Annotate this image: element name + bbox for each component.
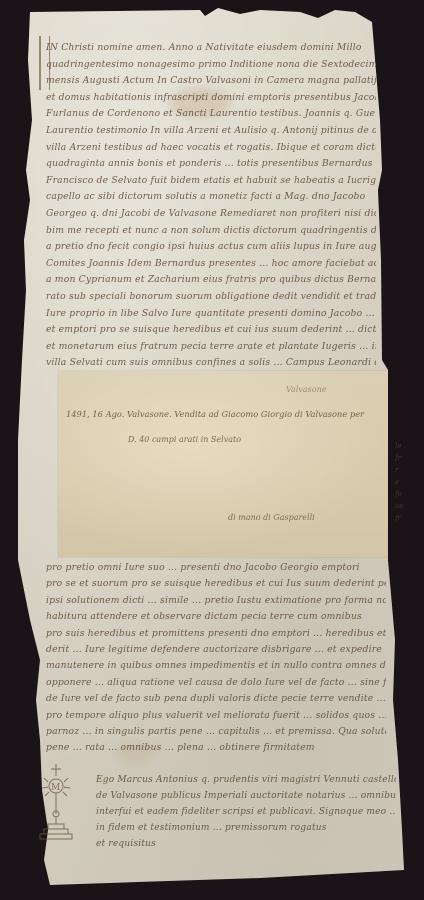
text-line: Georgeo q. dni Jacobi de Valvasone Remed… bbox=[46, 206, 376, 223]
text-line: interfui et eadem fideliter scripsi et p… bbox=[96, 804, 396, 820]
text-line: de Valvasone publicus Imperiali auctorit… bbox=[96, 788, 396, 804]
text-line: pro se et suorum pro se suisque heredibu… bbox=[46, 576, 386, 592]
text-line: Francisco de Selvato fuit bidem etatis e… bbox=[46, 173, 376, 190]
text-line: quadraginta annis bonis et ponderis ... … bbox=[46, 156, 376, 173]
text-line: ipsi solutionem dicti ... simile ... pre… bbox=[46, 593, 386, 609]
note-line-2: D. 40 campi arati in Selvato bbox=[128, 435, 241, 444]
text-line: villa Arzeni testibus ad haec vocatis et… bbox=[46, 140, 376, 157]
text-line: derit ... Iure legitime defendere auctor… bbox=[46, 642, 386, 658]
text-line: parnoz ... in singulis partis pene ... c… bbox=[46, 724, 386, 740]
text-line: manutenere in quibus omnes impedimentis … bbox=[46, 658, 386, 674]
text-line: a mon Cyprianum et Zacharium eius fratri… bbox=[46, 272, 376, 289]
text-line: pene ... rata ... omnibus ... plena ... … bbox=[46, 740, 386, 756]
text-line: de Iure vel de facto sub pena dupli valo… bbox=[46, 691, 386, 707]
text-line: et domus habitationis infrascripti domin… bbox=[46, 90, 376, 107]
text-line: bim me recepti et nunc a non solum dicti… bbox=[46, 223, 376, 240]
note-signature: di mano di Gasparelli bbox=[228, 513, 315, 522]
text-line: capello ac sibi dictorum solutis a monet… bbox=[46, 189, 376, 206]
notarial-signum-icon: M bbox=[36, 762, 76, 842]
text-line: a pretio dno fecit congio ipsi huius act… bbox=[46, 239, 376, 256]
document-photograph: IN Christi nomine amen. Anno a Nativitat… bbox=[0, 0, 424, 900]
text-line: habitura attendere et observare dictam p… bbox=[46, 609, 386, 625]
text-line: Comites Joannis Idem Bernardus presentes… bbox=[46, 256, 376, 273]
text-line: in fidem et testimonium ... premissorum … bbox=[96, 820, 396, 836]
note-line-1: 1491, 16 Ago. Valvasone. Vendita ad Giac… bbox=[66, 409, 364, 419]
text-line: pro pretio omni Iure suo ... presenti dn… bbox=[46, 560, 386, 576]
text-line: mensis Augusti Actum In Castro Valvasoni… bbox=[46, 73, 376, 90]
notarial-subscription: Ego Marcus Antonius q. prudentis viri ma… bbox=[96, 772, 396, 862]
text-line: et requisitus bbox=[96, 836, 396, 852]
continuation-text: pro pretio omni Iure suo ... presenti dn… bbox=[46, 560, 386, 760]
text-line: villa Selvati cum suis omnibus confines … bbox=[46, 355, 376, 372]
text-line: Ego Marcus Antonius q. prudentis viri ma… bbox=[96, 772, 396, 788]
text-line: quadringentesimo nonagesimo primo Inditi… bbox=[46, 57, 376, 74]
text-line: Furlanus de Cordenono et Sancti Laurenti… bbox=[46, 106, 376, 123]
archival-note-slip: Valvasone 1491, 16 Ago. Valvasone. Vendi… bbox=[58, 371, 388, 557]
text-line: opponere ... aliqua ratione vel causa de… bbox=[46, 675, 386, 691]
text-line: IN Christi nomine amen. Anno a Nativitat… bbox=[46, 40, 376, 57]
text-line: Iure proprio in libe Salvo Iure quantita… bbox=[46, 306, 376, 323]
text-line: et monetarum eius fratrum pecia terre ar… bbox=[46, 339, 376, 356]
text-line: rato sub speciali bonorum suorum obligat… bbox=[46, 289, 376, 306]
margin-notes: le fr r e fo ae fr bbox=[395, 440, 405, 524]
text-line: pro tempore aliquo plus valuerit vel mel… bbox=[46, 708, 386, 724]
text-line: Laurentio testimonio In villa Arzeni et … bbox=[46, 123, 376, 140]
note-header: Valvasone bbox=[286, 385, 326, 394]
text-line: pro suis heredibus et promittens present… bbox=[46, 626, 386, 642]
svg-text:M: M bbox=[51, 783, 60, 793]
text-line: et emptori pro se suisque heredibus et c… bbox=[46, 322, 376, 339]
main-text: IN Christi nomine amen. Anno a Nativitat… bbox=[46, 40, 376, 376]
